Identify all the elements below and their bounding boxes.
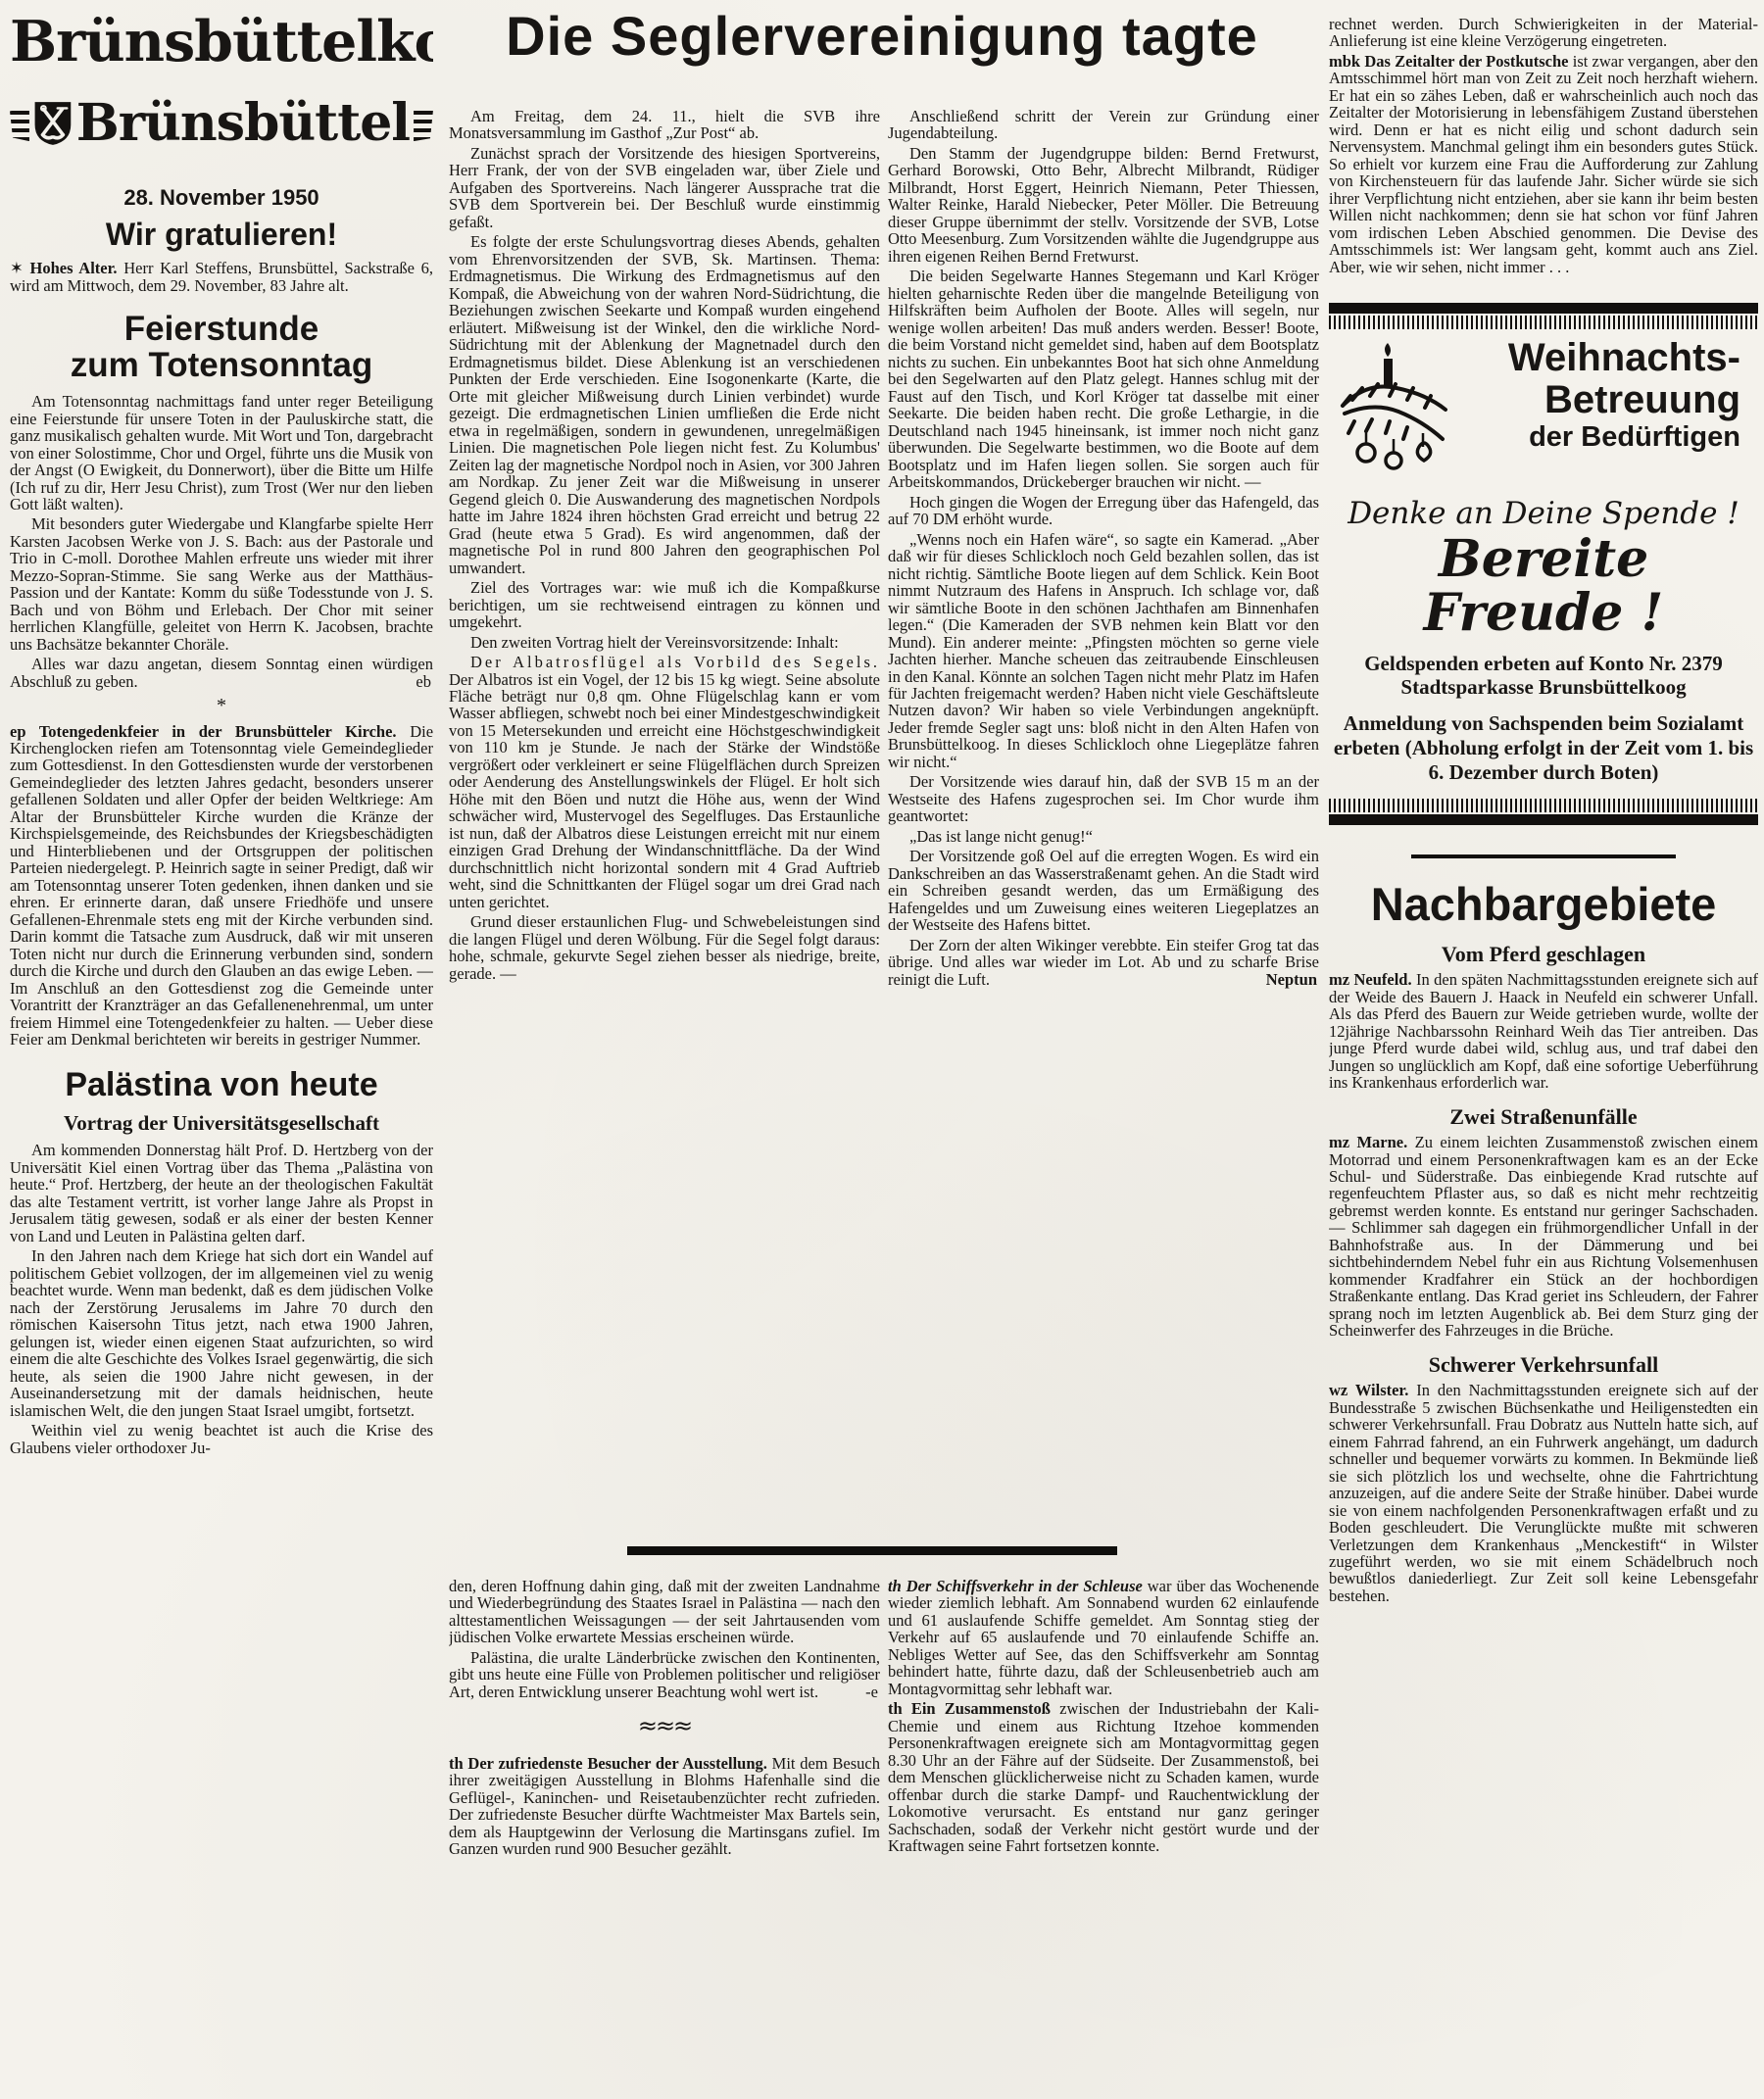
- albatros-text: Der Albatros ist ein Vogel, der 12 bis 1…: [449, 670, 880, 911]
- masthead-title-row: Brünsbüttel: [10, 73, 433, 174]
- feierstunde-heading-line1: Feierstunde: [10, 312, 433, 347]
- ad-title-line1: Weihnachts-: [1460, 337, 1740, 379]
- segler-paragraph: Hoch gingen die Wogen der Erregung über …: [888, 494, 1319, 528]
- palaestina-continuation-1: den, deren Hoffnung dahin ging, daß mit …: [449, 1578, 880, 1646]
- author-pseudonym: Neptun: [1266, 971, 1317, 988]
- section-star-separator: *: [10, 696, 433, 716]
- segler-closing-paragraph: Der Zorn der alten Wikinger verebbte. Ei…: [888, 937, 1319, 988]
- segler-paragraph: Den zweiten Vortrag hielt der Vereinsvor…: [449, 634, 880, 651]
- column-3: Anschließend schritt der Verein zur Grün…: [888, 108, 1319, 1540]
- feierstunde-paragraph-3: Alles war dazu angetan, diesem Sonntag e…: [10, 656, 433, 690]
- issue-date: 28. November 1950: [10, 186, 433, 209]
- segler-closing-text: Der Zorn der alten Wikinger verebbte. Ei…: [888, 936, 1319, 989]
- segler-paragraph: Anschließend schritt der Verein zur Grün…: [888, 108, 1319, 142]
- author-initials: -e: [865, 1684, 878, 1700]
- col4-intro-paragraph: rechnet werden. Durch Schwierigkeiten in…: [1329, 16, 1758, 50]
- ad-title-line2: Betreuung: [1460, 379, 1740, 421]
- palaestina-paragraph-3: Weithin viel zu wenig beachtet ist auch …: [10, 1422, 433, 1456]
- zusammenstoss-paragraph: th Ein Zusammenstoß zwischen der Industr…: [888, 1700, 1319, 1854]
- segler-paragraph: Der Vorsitzende goß Oel auf die erregten…: [888, 848, 1319, 933]
- masthead-title-line1: Brünsbüttelkoog: [10, 14, 433, 71]
- stripe-ornament-left: [10, 106, 29, 141]
- ad-script-line2: Bereite Freude !: [1333, 532, 1754, 640]
- totengedenk-lead: ep Totengedenkfeier in der Brunsbütteler…: [10, 722, 397, 741]
- ausstellung-lead: th Der zufriedenste Besucher der Ausstel…: [449, 1754, 767, 1773]
- segler-paragraph: „Wenns noch ein Hafen wäre“, so sagte ei…: [888, 531, 1319, 771]
- totengedenk-text: Die Kirchenglocken riefen am Totensonnta…: [10, 722, 433, 1049]
- palaestina-continuation-2-text: Palästina, die uralte Länderbrücke zwisc…: [449, 1648, 880, 1701]
- nachbargebiete-heading: Nachbargebiete: [1329, 880, 1758, 929]
- postkutsche-paragraph: mbk Das Zeitalter der Postkutsche ist zw…: [1329, 53, 1758, 275]
- wilster-text: In den Nachmittagsstunden ereignete sich…: [1329, 1381, 1758, 1605]
- squiggle-ornament: ≈≈≈: [449, 1714, 880, 1738]
- sub3-heading: Schwerer Verkehrsunfall: [1329, 1353, 1758, 1376]
- ad-note: Anmeldung von Sachspenden beim Sozialamt…: [1333, 711, 1754, 786]
- schiffsverkehr-paragraph: th Der Schiffsverkehr in der Schleuse wa…: [888, 1578, 1319, 1697]
- marne-lead: mz Marne.: [1329, 1133, 1407, 1151]
- column-2: Am Freitag, dem 24. 11., hielt die SVB i…: [449, 108, 880, 1540]
- stripe-ornament-right: [414, 106, 433, 141]
- column-4: rechnet werden. Durch Schwierigkeiten in…: [1329, 16, 1758, 2087]
- small-rule-divider: [1411, 854, 1676, 858]
- marne-text: Zu einem leichten Zusammenstoß zwischen …: [1329, 1133, 1758, 1340]
- feierstunde-paragraph-1: Am Totensonntag nachmittags fand unter r…: [10, 393, 433, 513]
- weihnachts-ad-box: Weihnachts- Betreuung der Bedürftigen De…: [1329, 303, 1758, 825]
- postkutsche-text: ist zwar vergangen, aber den Amtsschimme…: [1329, 52, 1758, 276]
- ad-script-line1: Denke an Deine Spende !: [1333, 498, 1754, 530]
- masthead: Brünsbüttelkoog Brünsbüttel: [10, 14, 433, 174]
- neufeld-text: In den späten Nachmittagsstunden ereigne…: [1329, 970, 1758, 1092]
- column-3-bottom: th Der Schiffsverkehr in der Schleuse wa…: [888, 1572, 1319, 2091]
- gratulieren-paragraph: ✶ Hohes Alter. Herr Karl Steffens, Bruns…: [10, 260, 433, 294]
- sub2-heading: Zwei Straßenunfälle: [1329, 1105, 1758, 1128]
- zusammenstoss-text: zwischen der Industriebahn der Kali-Chem…: [888, 1699, 1319, 1855]
- schiffsverkehr-lead: th Der Schiffsverkehr in der Schleuse: [888, 1577, 1143, 1595]
- masthead-title-line2: Brünsbüttel: [76, 98, 410, 149]
- zusammenstoss-lead: th Ein Zusammenstoß: [888, 1699, 1051, 1718]
- author-initials: eb: [416, 673, 431, 690]
- ad-title-block: Weihnachts- Betreuung der Bedürftigen: [1460, 337, 1754, 453]
- sub1-heading: Vom Pferd geschlagen: [1329, 943, 1758, 965]
- segler-paragraph: Am Freitag, dem 24. 11., hielt die SVB i…: [449, 108, 880, 142]
- marne-paragraph: mz Marne. Zu einem leichten Zusammenstoß…: [1329, 1134, 1758, 1340]
- newspaper-page: Brünsbüttelkoog Brünsbüttel: [0, 0, 1764, 2099]
- neufeld-paragraph: mz Neufeld. In den späten Nachmittagsstu…: [1329, 971, 1758, 1091]
- segler-paragraph: Der Vorsitzende wies darauf hin, daß der…: [888, 773, 1319, 824]
- palaestina-subheading: Vortrag der Universitätsgesellschaft: [10, 1112, 433, 1134]
- hatch-border-top: [1329, 316, 1758, 329]
- wilster-paragraph: wz Wilster. In den Nachmittagsstunden er…: [1329, 1382, 1758, 1604]
- feierstunde-heading-line2: zum Totensonntag: [10, 348, 433, 383]
- palaestina-heading: Palästina von heute: [10, 1068, 433, 1102]
- feierstunde-paragraph-3-text: Alles war dazu angetan, diesem Sonntag e…: [10, 655, 433, 690]
- coat-of-arms-icon: [33, 73, 73, 174]
- gratulieren-lead: Hohes Alter.: [30, 259, 118, 277]
- segler-paragraph-albatros: Der Albatrosflügel als Vorbild des Segel…: [449, 654, 880, 910]
- ad-konto-line2: Stadtsparkasse Brunsbüttelkoog: [1333, 675, 1754, 699]
- postkutsche-lead: mbk Das Zeitalter der Postkutsche: [1329, 52, 1569, 71]
- segler-paragraph: Zunächst sprach der Vorsitzende des hies…: [449, 145, 880, 230]
- segler-paragraph: Es folgte der erste Schulungsvortrag die…: [449, 233, 880, 576]
- column-1: Brünsbüttelkoog Brünsbüttel: [10, 14, 433, 2087]
- ad-title-line3: der Bedürftigen: [1460, 422, 1740, 453]
- column-2-bottom: den, deren Hoffnung dahin ging, daß mit …: [449, 1578, 880, 2091]
- star-icon: ✶: [10, 259, 24, 277]
- section-divider: [627, 1546, 1117, 1555]
- neufeld-lead: mz Neufeld.: [1329, 970, 1412, 989]
- schiffsverkehr-text: war über das Wochenende wieder ziemlich …: [888, 1577, 1319, 1698]
- main-headline: Die Seglervereinigung tagte: [443, 4, 1321, 68]
- totengedenk-paragraph: ep Totengedenkfeier in der Brunsbütteler…: [10, 723, 433, 1049]
- palaestina-continuation-2: Palästina, die uralte Länderbrücke zwisc…: [449, 1649, 880, 1700]
- segler-paragraph: Grund dieser erstaunlichen Flug- und Sch…: [449, 913, 880, 982]
- feierstunde-heading: Feierstunde zum Totensonntag: [10, 312, 433, 383]
- segler-quote-line: „Das ist lange nicht genug!“: [888, 828, 1319, 845]
- palaestina-paragraph-2: In den Jahren nach dem Kriege hat sich d…: [10, 1247, 433, 1419]
- christmas-branch-icon: [1333, 337, 1460, 484]
- wilster-lead: wz Wilster.: [1329, 1381, 1408, 1399]
- feierstunde-paragraph-2: Mit besonders guter Wiedergabe und Klang…: [10, 515, 433, 653]
- segler-paragraph: Die beiden Segelwarte Hannes Stegemann u…: [888, 268, 1319, 490]
- albatros-spaced-lead: Der Albatrosflügel als Vorbild des Segel…: [470, 653, 880, 671]
- ausstellung-paragraph: th Der zufriedenste Besucher der Ausstel…: [449, 1755, 880, 1858]
- hatch-border-bottom: [1329, 799, 1758, 812]
- palaestina-paragraph-1: Am kommenden Donnerstag hält Prof. D. He…: [10, 1142, 433, 1245]
- gratulieren-heading: Wir gratulieren!: [10, 219, 433, 252]
- segler-paragraph: Den Stamm der Jugendgruppe bilden: Bernd…: [888, 145, 1319, 265]
- ad-konto-line1: Geldspenden erbeten auf Konto Nr. 2379: [1333, 652, 1754, 675]
- segler-paragraph: Ziel des Vortrages war: wie muß ich die …: [449, 579, 880, 630]
